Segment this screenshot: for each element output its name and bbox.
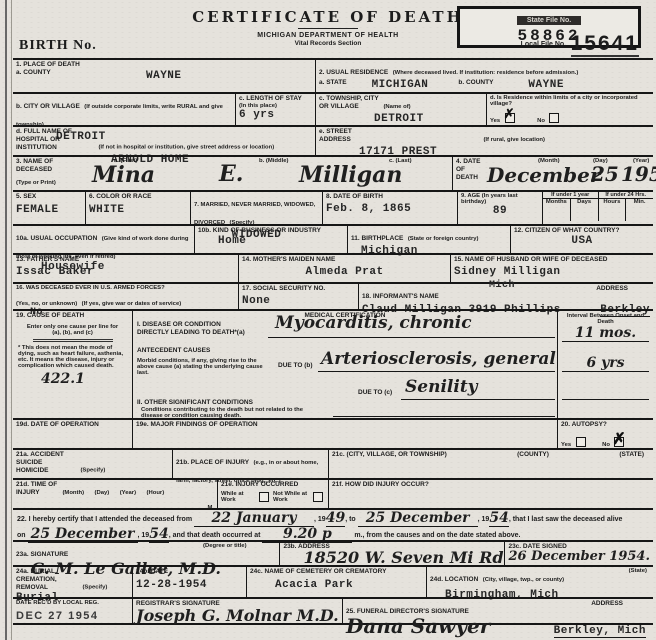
field-registrar-signature: REGISTRAR'S SIGNATURE Joseph G. Molnar M…	[133, 599, 343, 623]
field-time-of-injury: 21d. TIME OF INJURY (Month) (Day) (Year)…	[13, 480, 218, 508]
interval-b-line	[562, 371, 649, 372]
burial-date-label: 24b. DATE	[136, 568, 243, 576]
location-state-note: (State)	[629, 568, 647, 574]
autopsy-label: 20. AUTOPSY?	[561, 421, 650, 429]
dod-month-value: December	[487, 163, 600, 187]
while-at-work-checkbox	[259, 492, 269, 502]
cause-code-handwritten: 422.1	[41, 371, 129, 387]
informant-label: 18. INFORMANT'S NAME	[362, 293, 439, 300]
row-injury-2: 21d. TIME OF INJURY (Month) (Day) (Year)…	[13, 478, 653, 508]
field-color-or-race: 6. COLOR OR RACE WHITE	[86, 192, 191, 224]
cause-b-value: Arteriosclerosis, general	[321, 349, 556, 369]
row-place-residence-3: d. FULL NAME OF HOSPITAL OR INSTITUTION …	[13, 125, 653, 155]
place-of-death-title: 1. PLACE OF DEATH	[16, 61, 312, 69]
hours-column: Hours	[599, 199, 627, 221]
field-marital-status: 7. MARRIED, NEVER MARRIED, WIDOWED, DIVO…	[191, 192, 323, 224]
county-label: a. COUNTY	[16, 69, 86, 82]
certify-text-4: , 19	[478, 516, 490, 523]
cemetery-label: 24c. NAME OF CEMETERY OR CREMATORY	[250, 568, 423, 576]
certify-text-7: , 19	[138, 532, 150, 539]
interval-header: Interval Between Onset and Death	[558, 313, 653, 325]
field-autopsy: 20. AUTOPSY? Yes No ✗	[558, 420, 653, 448]
field-burial-date: 24b. DATE 12-28-1954	[133, 567, 247, 597]
burial-date-value: 12-28-1954	[136, 579, 243, 591]
city-label: b. CITY OR VILLAGE	[16, 103, 80, 110]
title-rule	[298, 28, 358, 29]
field-date-of-operation: 19d. DATE OF OPERATION	[13, 420, 133, 448]
father-value: Issac Baker	[16, 266, 235, 278]
while-at-work-label: While at Work	[221, 491, 255, 503]
certify-line-1: 22. I hereby certify that I attended the…	[17, 511, 649, 527]
field-informant: 18. INFORMANT'S NAME Mich ADDRESS Claud …	[359, 284, 653, 309]
birth-no-label: BIRTH No.	[19, 38, 97, 54]
limits-label: d. Is Residence within limits of a city …	[490, 95, 650, 107]
business-label: 10b. KIND OF BUSINESS OR INDUSTRY	[198, 227, 344, 235]
field-length-of-stay: c. LENGTH OF STAY (In this place) 6 yrs	[236, 94, 316, 125]
injury-county-label: (COUNTY)	[517, 451, 549, 459]
field-armed-forces: 16. WAS DECEASED EVER IN U.S. ARMED FORC…	[13, 284, 239, 309]
certify-text-2: , 19	[314, 516, 326, 523]
dod-day-value: 25	[591, 162, 619, 186]
field-business-industry: 10b. KIND OF BUSINESS OR INDUSTRY Home	[195, 226, 348, 253]
due-to-b-label: DUE TO (b)	[278, 362, 313, 370]
interval-c-line	[562, 399, 649, 400]
field-city-or-village: b. CITY OR VILLAGE (If outside corporate…	[13, 94, 236, 125]
row-demographics: 5. SEX FEMALE 6. COLOR OR RACE WHITE 7. …	[13, 190, 653, 224]
scan-edge-line	[5, 0, 12, 640]
field-father-name: 13. FATHER'S NAME Issac Baker	[13, 255, 239, 282]
not-while-at-work-checkbox	[313, 492, 323, 502]
stay-label: c. LENGTH OF STAY	[239, 95, 312, 103]
place-injury-label: 21b. PLACE OF INJURY	[176, 459, 249, 466]
row-burial: 24a. BURIAL, CREMATION, REMOVAL (Specify…	[13, 565, 653, 597]
informant-address-label: ADDRESS	[596, 285, 628, 293]
autopsy-no-checkbox: ✗	[614, 437, 624, 447]
limits-no-checkbox	[549, 113, 559, 123]
occupation-label: 10a. USUAL OCCUPATION	[16, 235, 97, 242]
cause-c-line	[401, 399, 555, 400]
cause-a-value: Myocarditis, chronic	[275, 313, 472, 333]
interval-b-value: 6 yrs	[558, 355, 653, 371]
field-hospital-name: d. FULL NAME OF HOSPITAL OR INSTITUTION …	[13, 127, 316, 155]
cause-b-line	[318, 371, 555, 372]
location-note: (City, village, twp., or county)	[483, 577, 564, 583]
autopsy-yes-checkbox	[576, 437, 586, 447]
autopsy-no-checkmark: ✗	[612, 429, 625, 448]
field-date-signed: 23c. DATE SIGNED 26 December 1954.	[505, 542, 653, 565]
citizen-label: 12. CITIZEN OF WHAT COUNTRY?	[514, 227, 650, 235]
attended-from-value: 22 January	[194, 511, 314, 527]
department-name: MICHIGAN DEPARTMENT OF HEALTH	[183, 32, 473, 39]
row-parents-spouse: 13. FATHER'S NAME Issac Baker 14. MOTHER…	[13, 253, 653, 282]
date-received-stamp: DEC 27 1954	[16, 610, 129, 622]
dod-label: 4. DATE OF DEATH	[456, 158, 488, 181]
form-sheet: BIRTH No. CERTIFICATE OF DEATH MICHIGAN …	[13, 2, 653, 637]
row-place-residence-2: b. CITY OR VILLAGE (If outside corporate…	[13, 92, 653, 125]
state-label: a. STATE	[319, 79, 347, 87]
min-column: Min.	[626, 199, 653, 221]
county-value: WAYNE	[146, 70, 182, 82]
last-name-value: Milligan	[299, 162, 402, 188]
cause-of-death-main: MEDICAL CERTIFICATION I. DISEASE OR COND…	[133, 311, 558, 418]
cause-of-death-sidebar: 19. CAUSE OF DEATH Enter only one cause …	[13, 311, 133, 418]
disease-label-2: DIRECTLY LEADING TO DEATH*(a)	[137, 329, 245, 337]
business-value: Home	[218, 235, 344, 247]
section-name: Vital Records Section	[183, 40, 473, 47]
field-physician-signature: 23a. SIGNATURE (Degree or title) G. M. L…	[13, 542, 280, 565]
time-hour-label: (Hour)	[147, 490, 165, 496]
field-age: 9. AGE (In years last birthday) 89	[458, 192, 543, 224]
field-accident-suicide-homicide: 21a. ACCIDENT SUICIDE HOMICIDE (Specify)	[13, 450, 173, 478]
sex-value: FEMALE	[16, 204, 82, 216]
field-place-of-injury: 21b. PLACE OF INJURY (e.g., in or about …	[173, 450, 329, 478]
funeral-address-value: Berkley, Mich	[554, 625, 646, 638]
how-injury-label: 21f. HOW DID INJURY OCCUR?	[332, 481, 650, 489]
date-received-label: DATE REC'D BY LOCAL REG.	[16, 600, 129, 607]
burial-label: 24a. BURIAL, CREMATION, REMOVAL	[16, 568, 78, 591]
burial-note: (Specify)	[82, 585, 107, 591]
registrar-signature-value: Joseph G. Molnar M.D.	[136, 606, 339, 625]
attended-to-value: 25 December	[358, 511, 478, 527]
cause-note: Enter only one cause per line for (a), (…	[16, 324, 129, 336]
township-label: c. TOWNSHIP, CITY OR VILLAGE	[319, 95, 379, 111]
field-spouse-name: 15. NAME OF HUSBAND OR WIFE OF DECEASED …	[451, 255, 653, 282]
certify-text-1: 22. I hereby certify that I attended the…	[17, 516, 192, 523]
field-how-injury-occurred: 21f. HOW DID INJURY OCCUR?	[329, 480, 653, 508]
ssn-label: 17. SOCIAL SECURITY NO.	[242, 285, 355, 293]
citizen-value: USA	[514, 235, 650, 247]
time-month-label: (Month)	[62, 490, 84, 496]
street-note: (If rural, give location)	[483, 137, 545, 143]
usual-residence-title: 2. USUAL RESIDENCE	[319, 69, 388, 76]
limits-no-label: No	[537, 118, 545, 124]
cause-of-death-label: 19. CAUSE OF DEATH	[16, 312, 129, 320]
interval-column: Interval Between Onset and Death 11 mos.…	[558, 311, 653, 418]
row-armed-ssn-informant: 16. WAS DECEASED EVER IN U.S. ARMED FORC…	[13, 282, 653, 309]
antecedent-causes-label: ANTECEDENT CAUSES	[137, 347, 210, 355]
local-file-number-stamp: 15641	[571, 32, 639, 57]
field-citizen: 12. CITIZEN OF WHAT COUNTRY? USA	[511, 226, 653, 253]
morbid-note: Morbid conditions, if any, giving rise t…	[137, 358, 275, 376]
mother-label: 14. MOTHER'S MAIDEN NAME	[242, 256, 447, 264]
state-file-label: State File No.	[517, 16, 581, 25]
months-column: Months	[543, 199, 571, 221]
autopsy-yes-label: Yes	[561, 442, 571, 448]
field-injury-occurred: 21e. INJURY OCCURRED While at Work Not W…	[218, 480, 329, 508]
hospital-note: (If not in hospital or institution, give…	[98, 145, 274, 151]
row-operation-autopsy: 19d. DATE OF OPERATION 19e. MAJOR FINDIN…	[13, 418, 653, 448]
due-to-c-label: DUE TO (c)	[358, 389, 392, 397]
field-residence-within-limits: d. Is Residence within limits of a city …	[487, 94, 653, 125]
under-1-year-label: If under 1 year	[543, 192, 599, 198]
certify-text-8: , and that death occurred at	[169, 532, 261, 539]
name-label: 3. NAME OF DECEASED	[16, 158, 84, 174]
usual-residence-note: (Where deceased lived. If institution: r…	[393, 70, 579, 76]
date-signed-value: 26 December 1954.	[508, 549, 650, 564]
cause-a-line	[268, 337, 555, 338]
field-major-findings: 19e. MAJOR FINDINGS OF OPERATION	[133, 420, 558, 448]
accident-label: 21a. ACCIDENT SUICIDE HOMICIDE	[16, 451, 76, 474]
time-year-label: (Year)	[120, 490, 136, 496]
armed-note2: (If yes, give war or dates of service)	[82, 301, 182, 307]
age-label: 9. AGE (In years last birthday)	[461, 193, 539, 205]
other-conditions-label: II. OTHER SIGNIFICANT CONDITIONS	[137, 399, 253, 407]
injury-state-label: (STATE)	[619, 451, 644, 459]
field-age-subcolumns: If under 1 year If under 24 Hrs. Months …	[543, 192, 653, 224]
not-while-at-work-label: Not While at Work	[273, 491, 309, 503]
dob-value: Feb. 8, 1865	[326, 203, 454, 215]
funeral-director-signature: Dana Sawyer	[346, 614, 490, 638]
township-note: (Name of)	[383, 104, 410, 110]
ssn-value: None	[242, 295, 355, 307]
field-place-of-death-county: 1. PLACE OF DEATH a. COUNTY WAYNE	[13, 60, 316, 92]
township-value: DETROIT	[374, 113, 483, 125]
field-street-address: e. STREET ADDRESS (If rural, give locati…	[316, 127, 653, 155]
field-usual-occupation: 10a. USUAL OCCUPATION (Give kind of work…	[13, 226, 195, 253]
row-registrar-funeral: DATE REC'D BY LOCAL REG. DEC 27 1954 REG…	[13, 597, 653, 625]
certify-text-9: m., from the causes and on the date stat…	[354, 532, 520, 539]
hospital-label: d. FULL NAME OF HOSPITAL OR INSTITUTION	[16, 128, 94, 151]
field-burial-type: 24a. BURIAL, CREMATION, REMOVAL (Specify…	[13, 567, 133, 597]
father-label: 13. FATHER'S NAME	[16, 256, 235, 264]
local-file-label: Local File No.	[521, 41, 567, 48]
row-physician-signature: 23a. SIGNATURE (Degree or title) G. M. L…	[13, 540, 653, 565]
middle-name-value: E.	[219, 161, 243, 187]
time-day-label: (Day)	[95, 490, 110, 496]
cause-footnote: * This does not mean the mode of dying, …	[16, 345, 129, 369]
field-birthplace: 11. BIRTHPLACE (State or foreign country…	[348, 226, 511, 253]
birthplace-label: 11. BIRTHPLACE	[351, 235, 403, 242]
interval-a-line	[562, 341, 649, 342]
other-conditions-line	[333, 416, 555, 417]
certify-text-3: , to	[345, 516, 356, 523]
armed-label: 16. WAS DECEASED EVER IN U.S. ARMED FORC…	[16, 285, 235, 292]
findings-label: 19e. MAJOR FINDINGS OF OPERATION	[136, 421, 554, 429]
cause-c-value: Senility	[405, 377, 478, 397]
divider	[33, 339, 113, 342]
autopsy-no-label: No	[602, 442, 610, 448]
res-county-value: WAYNE	[528, 79, 564, 91]
spouse-label: 15. NAME OF HUSBAND OR WIFE OF DECEASED	[454, 256, 650, 264]
death-certificate-scan: BIRTH No. CERTIFICATE OF DEATH MICHIGAN …	[0, 0, 656, 640]
under-24-hrs-label: If under 24 Hrs.	[599, 192, 654, 198]
operation-date-label: 19d. DATE OF OPERATION	[16, 421, 129, 429]
field-usual-residence: 2. USUAL RESIDENCE (Where deceased lived…	[316, 60, 653, 92]
cemetery-value: Acacia Park	[275, 579, 423, 591]
row-place-residence-1: 1. PLACE OF DEATH a. COUNTY WAYNE 2. USU…	[13, 58, 653, 92]
from-year-value: 49	[326, 510, 345, 527]
street-label: e. STREET ADDRESS	[319, 128, 379, 144]
to-year-value: 54	[489, 510, 508, 527]
dob-label: 8. DATE OF BIRTH	[326, 193, 454, 201]
state-value: MICHIGAN	[372, 79, 429, 91]
field-mother-maiden-name: 14. MOTHER'S MAIDEN NAME Almeda Prat	[239, 255, 451, 282]
mother-value: Almeda Prat	[242, 266, 447, 278]
first-name-value: Mina	[92, 162, 155, 188]
color-value: WHITE	[89, 204, 187, 216]
medical-certification-block: 19. CAUSE OF DEATH Enter only one cause …	[13, 309, 653, 418]
limits-yes-checkmark: ✗	[504, 107, 515, 122]
informant-state: Mich	[489, 280, 515, 291]
row-certification-statement: 22. I hereby certify that I attended the…	[13, 508, 653, 540]
limits-yes-label: Yes	[490, 118, 500, 124]
limits-yes-checkbox: ✗	[505, 113, 515, 123]
days-column: Days	[571, 199, 599, 221]
field-date-of-birth: 8. DATE OF BIRTH Feb. 8, 1865	[323, 192, 458, 224]
sex-label: 5. SEX	[16, 193, 82, 201]
marital-label: 7. MARRIED, NEVER MARRIED, WIDOWED, DIVO…	[194, 202, 315, 226]
field-name-of-deceased: 3. NAME OF DECEASED (Type or Print) a. (…	[13, 157, 453, 190]
middle-name-label: b. (Middle)	[259, 158, 288, 164]
disease-label-1: I. DISEASE OR CONDITION	[137, 321, 245, 329]
local-file: Local File No. 15641	[521, 32, 639, 56]
form-header: BIRTH No. CERTIFICATE OF DEATH MICHIGAN …	[13, 2, 653, 58]
birthplace-note: (State or foreign country)	[408, 236, 479, 242]
field-date-received: DATE REC'D BY LOCAL REG. DEC 27 1954	[13, 599, 133, 623]
row-injury-1: 21a. ACCIDENT SUICIDE HOMICIDE (Specify)…	[13, 448, 653, 478]
form-title: CERTIFICATE OF DEATH	[183, 8, 473, 26]
color-label: 6. COLOR OR RACE	[89, 193, 187, 201]
dod-year-value: 1954	[621, 162, 656, 186]
field-cemetery: 24c. NAME OF CEMETERY OR CREMATORY Acaci…	[247, 567, 427, 597]
res-county-label: b. COUNTY	[458, 79, 493, 87]
location-label: 24d. LOCATION	[430, 576, 478, 583]
signature-label: 23a. SIGNATURE	[16, 551, 68, 558]
field-sex: 5. SEX FEMALE	[13, 192, 86, 224]
injury-city-label: 21c. (CITY, VILLAGE, OR TOWNSHIP)	[332, 451, 447, 459]
field-funeral-director: 25. FUNERAL DIRECTOR'S SIGNATURE ADDRESS…	[343, 599, 653, 623]
certify-text-5: , that I last saw the deceased alive	[509, 516, 623, 523]
title-block: CERTIFICATE OF DEATH MICHIGAN DEPARTMENT…	[183, 8, 473, 47]
physician-address-value: 18520 W. Seven Mi Rd	[303, 548, 501, 567]
time-injury-label: 21d. TIME OF INJURY	[16, 481, 58, 497]
field-injury-location: 21c. (CITY, VILLAGE, OR TOWNSHIP) (COUNT…	[329, 450, 653, 478]
stay-value: 6 yrs	[239, 109, 312, 121]
field-township-city-village: c. TOWNSHIP, CITY OR VILLAGE (Name of) D…	[316, 94, 487, 125]
accident-note: (Specify)	[80, 468, 105, 474]
field-date-of-death: 4. DATE OF DEATH (Month) (Day) (Year) De…	[453, 157, 653, 190]
armed-note1: (Yes, no, or unknown)	[16, 301, 77, 307]
field-physician-address: 23b. ADDRESS 18520 W. Seven Mi Rd	[280, 542, 505, 565]
degree-title-note: (Degree or title)	[203, 543, 247, 549]
field-ssn: 17. SOCIAL SECURITY NO. None	[239, 284, 359, 309]
field-burial-location: 24d. LOCATION (City, village, twp., or c…	[427, 567, 653, 597]
spouse-value: Sidney Milligan	[454, 266, 650, 278]
name-note: (Type or Print)	[16, 180, 84, 186]
age-value: 89	[461, 205, 539, 217]
funeral-address-label: ADDRESS	[591, 600, 623, 608]
injury-occurred-label: 21e. INJURY OCCURRED	[221, 481, 325, 489]
interval-a-value: 11 mos.	[558, 325, 653, 341]
certify-text-6: on	[17, 532, 26, 539]
row-occupation: 10a. USUAL OCCUPATION (Give kind of work…	[13, 224, 653, 253]
row-name-dod: 3. NAME OF DECEASED (Type or Print) a. (…	[13, 155, 653, 190]
